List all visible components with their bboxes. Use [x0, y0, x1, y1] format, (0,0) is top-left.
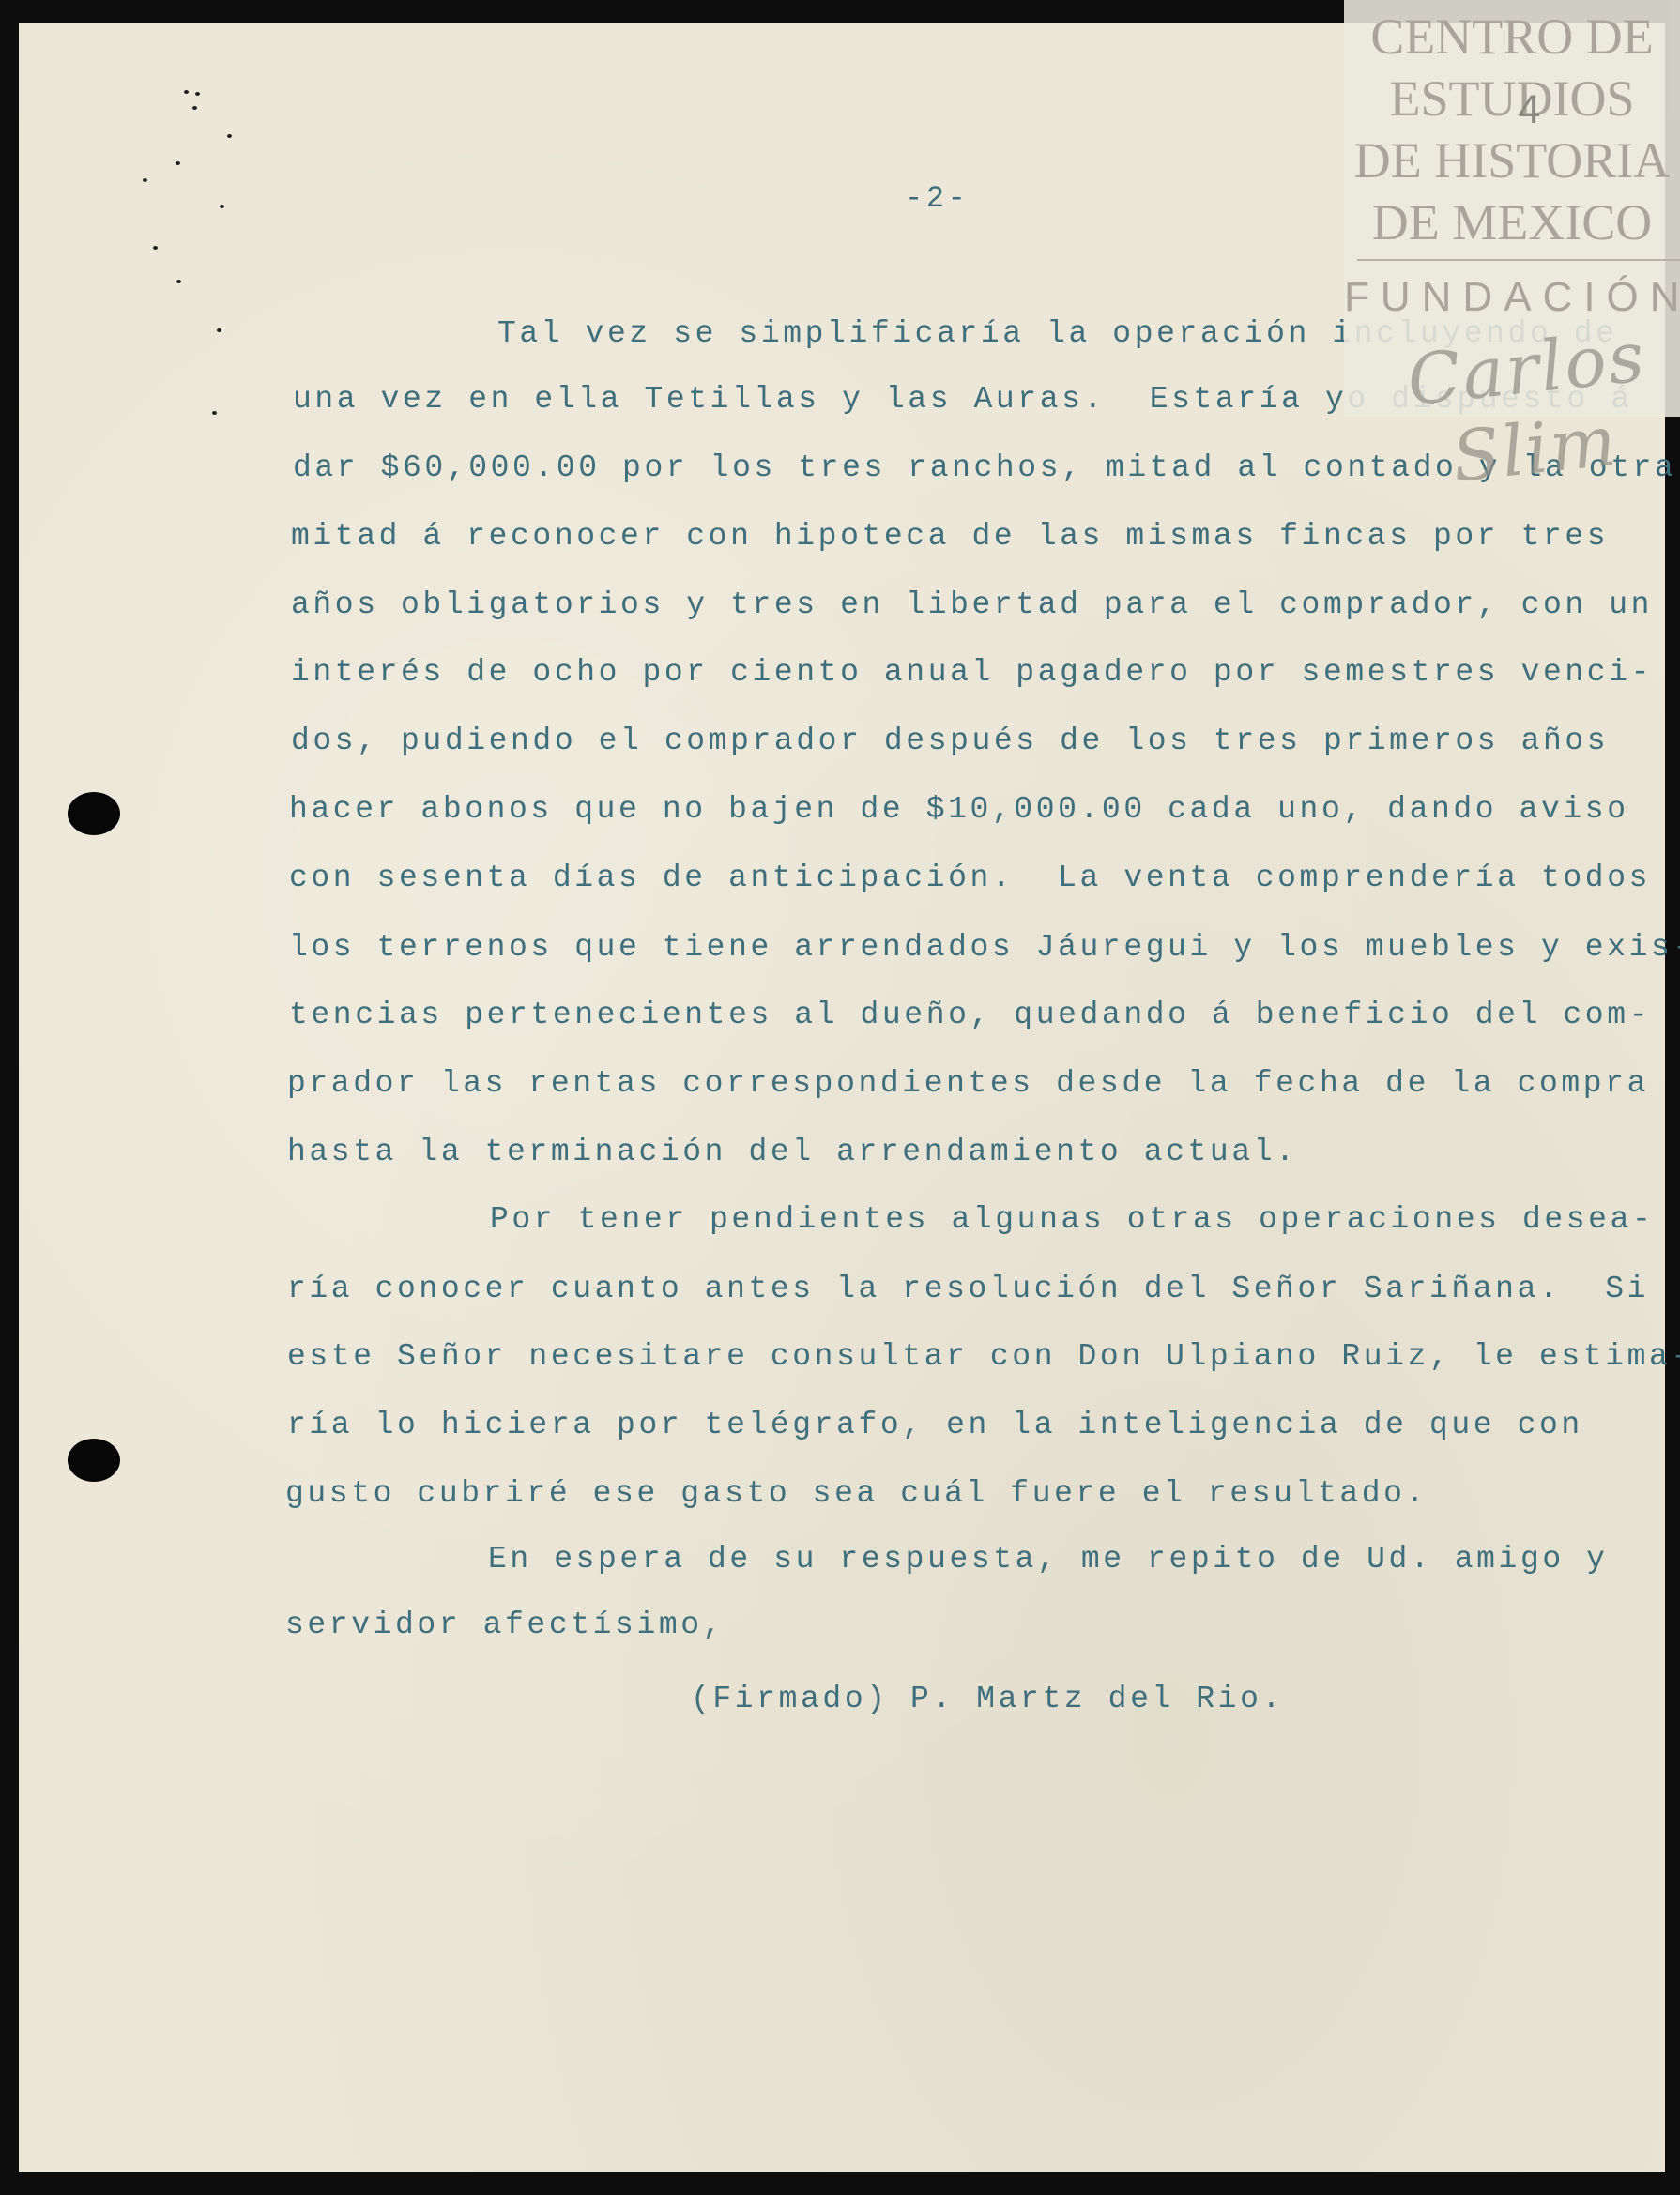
pin-mark [192, 106, 197, 110]
pin-mark [153, 246, 158, 250]
text-line: gusto cubriré ese gasto sea cuál fuere e… [285, 1475, 1428, 1513]
pin-mark [217, 328, 221, 332]
watermark-divider [1357, 259, 1680, 261]
text-line: ría conocer cuanto antes la resolución d… [287, 1271, 1649, 1308]
text-line: años obligatorios y tres en libertad par… [291, 587, 1653, 624]
signature-line: (Firmado) P. Martz del Rio. [691, 1681, 1284, 1718]
page-number: -2- [905, 180, 969, 218]
pin-mark [176, 161, 180, 165]
watermark-foundation: FUNDACIÓN [1344, 274, 1680, 321]
punch-hole-top [68, 792, 120, 835]
pin-mark [176, 280, 181, 283]
text-line: este Señor necesitare consultar con Don … [287, 1338, 1680, 1376]
pin-mark [220, 205, 224, 208]
text-line: los terrenos que tiene arrendados Jáureg… [289, 929, 1680, 967]
text-line: Por tener pendientes algunas otras opera… [490, 1201, 1654, 1239]
text-line: En espera de su respuesta, me repito de … [488, 1541, 1609, 1578]
pin-mark [184, 90, 189, 94]
watermark-line: CENTRO DE [1344, 6, 1680, 68]
watermark-signature: Carlos Slim [1374, 313, 1680, 505]
text-line: ría lo hiciera por telégrafo, en la inte… [287, 1407, 1583, 1444]
pin-mark [227, 134, 232, 138]
watermark-line: DE MEXICO [1344, 191, 1680, 253]
pin-mark [212, 411, 217, 415]
text-line: prador las rentas correspondientes desde… [287, 1065, 1649, 1103]
text-line: hasta la terminación del arrendamiento a… [287, 1134, 1298, 1171]
text-line: con sesenta días de anticipación. La ven… [289, 860, 1651, 897]
text-line: dos, pudiendo el comprador después de lo… [291, 723, 1609, 760]
pin-mark [143, 178, 147, 182]
text-line: interés de ocho por ciento anual pagader… [291, 654, 1653, 692]
watermark-line: DE HISTORIA [1344, 130, 1680, 191]
text-line: servidor afectísimo, [285, 1607, 725, 1644]
text-line: hacer abonos que no bajen de $10,000.00 … [289, 791, 1629, 829]
text-line: mitad á reconocer con hipoteca de las mi… [291, 518, 1609, 556]
archive-watermark: CENTRO DE ESTUDIOS DE HISTORIA DE MEXICO… [1344, 0, 1680, 417]
handwritten-page-mark: 4 [1518, 89, 1541, 132]
pin-mark [195, 92, 200, 96]
punch-hole-bottom [68, 1439, 120, 1482]
watermark-line: ESTUDIOS [1344, 68, 1680, 130]
text-line: tencias pertenecientes al dueño, quedand… [289, 997, 1651, 1034]
